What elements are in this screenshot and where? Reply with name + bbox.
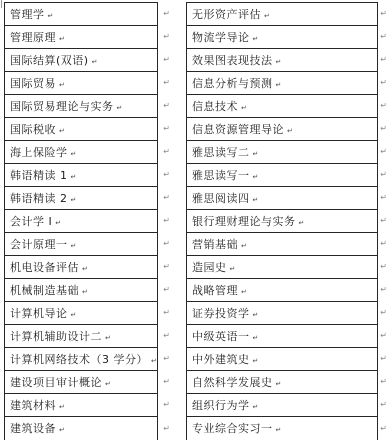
course-cell[interactable]: 信息分析与预测↵: [187, 78, 282, 89]
table-row: 效果图表现技法↵ ↵: [187, 49, 377, 72]
course-name: 雅思读写二: [192, 146, 250, 159]
row-end-mark-icon: ↵: [380, 210, 387, 232]
course-cell[interactable]: 银行理财理论与实务↵: [187, 216, 305, 227]
course-cell[interactable]: 营销基础↵: [187, 239, 247, 250]
course-name: 海上保险学: [10, 146, 68, 159]
table-row: 国际税收↵ ↵: [5, 118, 157, 141]
course-cell[interactable]: 会计原理一↵: [5, 239, 77, 250]
table-row: 机电设备评估↵ ↵: [5, 256, 157, 279]
cell-end-paragraph-mark-icon: ↵: [264, 12, 270, 20]
course-cell[interactable]: 国际贸易↵: [5, 78, 65, 89]
cell-end-paragraph-mark-icon: ↵: [253, 403, 259, 411]
table-row: 国际结算(双语)↵ ↵: [5, 49, 157, 72]
course-cell[interactable]: 造园史↵: [187, 262, 236, 273]
course-name: 国际结算(双语): [10, 54, 89, 67]
course-name: 效果图表现技法: [192, 54, 273, 67]
course-name: 计算机导论: [10, 307, 68, 320]
course-cell[interactable]: 国际贸易理论与实务↵: [5, 101, 123, 112]
row-end-mark-icon: ↵: [380, 233, 387, 255]
table-row: 建筑设备↵ ↵: [5, 417, 157, 440]
course-cell[interactable]: 韩语精读 1↵: [5, 170, 77, 181]
course-cell[interactable]: 会计学 I↵: [5, 216, 62, 227]
course-cell[interactable]: 计算机辅助设计二↵: [5, 331, 111, 342]
course-name: 组织行为学: [192, 399, 250, 412]
course-name: 雅思阅读四: [192, 192, 250, 205]
table-row: 管理学↵ ↵: [5, 3, 157, 26]
cell-end-paragraph-mark-icon: ↵: [230, 265, 236, 273]
row-end-mark-icon: ↵: [380, 279, 387, 301]
row-end-mark-icon: ↵: [380, 256, 387, 278]
course-name: 自然科学发展史: [192, 376, 273, 389]
cell-end-paragraph-mark-icon: ↵: [241, 288, 247, 296]
cell-end-paragraph-mark-icon: ↵: [241, 242, 247, 250]
row-end-mark-icon: ↵: [380, 3, 387, 25]
table-row: 会计原理一↵ ↵: [5, 233, 157, 256]
row-end-mark-icon: ↵: [380, 187, 387, 209]
table-row: 专业综合实习一↵ ↵: [187, 417, 377, 440]
course-name: 建筑设备: [10, 422, 56, 435]
course-cell[interactable]: 雅思读写一↵: [187, 170, 259, 181]
course-cell[interactable]: 韩语精读 2↵: [5, 193, 77, 204]
table-row: 无形资产评估↵ ↵: [187, 3, 377, 26]
cell-end-paragraph-mark-icon: ↵: [253, 173, 259, 181]
row-end-mark-icon: ↵: [163, 348, 170, 370]
row-end-mark-icon: ↵: [163, 141, 170, 163]
course-cell[interactable]: 管理学↵: [5, 9, 54, 20]
course-cell[interactable]: 中级英语一↵: [187, 331, 259, 342]
course-name: 无形资产评估: [192, 8, 261, 21]
table-row: 雅思读写一↵ ↵: [187, 164, 377, 187]
row-end-mark-icon: ↵: [163, 233, 170, 255]
row-end-mark-icon: ↵: [163, 164, 170, 186]
row-end-mark-icon: ↵: [380, 394, 387, 416]
course-cell[interactable]: 证券投资学↵: [187, 308, 259, 319]
table-row: 雅思阅读四↵ ↵: [187, 187, 377, 210]
table-row: 建筑材料↵ ↵: [5, 394, 157, 417]
course-name: 国际贸易理论与实务: [10, 100, 114, 113]
row-end-mark-icon: ↵: [163, 417, 170, 440]
course-cell[interactable]: 组织行为学↵: [187, 400, 259, 411]
row-end-mark-icon: ↵: [163, 210, 170, 232]
table-row: 组织行为学↵ ↵: [187, 394, 377, 417]
cell-end-paragraph-mark-icon: ↵: [82, 288, 88, 296]
cell-end-paragraph-mark-icon: ↵: [151, 357, 157, 365]
course-cell[interactable]: 雅思读写二↵: [187, 147, 259, 158]
cell-end-paragraph-mark-icon: ↵: [71, 311, 77, 319]
cell-end-paragraph-mark-icon: ↵: [117, 104, 123, 112]
course-name: 会计学 I: [10, 215, 52, 228]
table-row: 信息资源管理导论↵ ↵: [187, 118, 377, 141]
row-end-mark-icon: ↵: [163, 3, 170, 25]
cell-end-paragraph-mark-icon: ↵: [276, 81, 282, 89]
cell-end-paragraph-mark-icon: ↵: [276, 58, 282, 66]
table-row: 中外建筑史↵ ↵: [187, 348, 377, 371]
cell-end-paragraph-mark-icon: ↵: [82, 265, 88, 273]
course-cell[interactable]: 机电设备评估↵: [5, 262, 88, 273]
course-name: 会计原理一: [10, 238, 68, 251]
course-cell[interactable]: 物流学导论↵: [187, 32, 259, 43]
cell-end-paragraph-mark-icon: ↵: [253, 150, 259, 158]
course-cell[interactable]: 国际结算(双语)↵: [5, 55, 98, 66]
course-name: 国际贸易: [10, 77, 56, 90]
table-row: 造园史↵ ↵: [187, 256, 377, 279]
row-end-mark-icon: ↵: [163, 394, 170, 416]
row-end-mark-icon: ↵: [380, 72, 387, 94]
course-cell[interactable]: 计算机导论↵: [5, 308, 77, 319]
table-row: 中级英语一↵ ↵: [187, 325, 377, 348]
table-row: 信息技术↵ ↵: [187, 95, 377, 118]
course-name: 管理学: [10, 8, 45, 21]
row-end-mark-icon: ↵: [163, 72, 170, 94]
table-row: 会计学 I↵ ↵: [5, 210, 157, 233]
course-cell[interactable]: 信息技术↵: [187, 101, 247, 112]
course-name: 战略管理: [192, 284, 238, 297]
course-name: 建设项目审计概论: [10, 376, 102, 389]
cell-end-paragraph-mark-icon: ↵: [48, 12, 54, 20]
table-row: 计算机网络技术（3 学分）↵ ↵: [5, 348, 157, 371]
cell-end-paragraph-mark-icon: ↵: [253, 357, 259, 365]
course-cell[interactable]: 自然科学发展史↵: [187, 377, 282, 388]
cell-end-paragraph-mark-icon: ↵: [71, 242, 77, 250]
course-name: 信息技术: [192, 100, 238, 113]
row-end-mark-icon: ↵: [380, 371, 387, 393]
course-name: 国际税收: [10, 123, 56, 136]
row-end-mark-icon: ↵: [380, 348, 387, 370]
cell-end-paragraph-mark-icon: ↵: [241, 104, 247, 112]
table-row: 银行理财理论与实务↵ ↵: [187, 210, 377, 233]
course-name: 信息分析与预测: [192, 77, 273, 90]
course-cell[interactable]: 中外建筑史↵: [187, 354, 259, 365]
course-name: 计算机网络技术（3 学分）: [10, 353, 148, 366]
cell-end-paragraph-mark-icon: ↵: [59, 35, 65, 43]
document-canvas: 管理学↵ ↵ 管理原理↵ ↵ 国际结算(双语)↵ ↵ 国际贸易↵: [0, 0, 388, 440]
table-row: 营销基础↵ ↵: [187, 233, 377, 256]
row-end-mark-icon: ↵: [163, 187, 170, 209]
cell-end-paragraph-mark-icon: ↵: [71, 196, 77, 204]
table-row: 计算机辅助设计二↵ ↵: [5, 325, 157, 348]
table-row: 国际贸易理论与实务↵ ↵: [5, 95, 157, 118]
cell-end-paragraph-mark-icon: ↵: [253, 35, 259, 43]
course-cell[interactable]: 机械制造基础↵: [5, 285, 88, 296]
row-end-mark-icon: ↵: [380, 95, 387, 117]
table-row: 战略管理↵ ↵: [187, 279, 377, 302]
course-name: 管理原理: [10, 31, 56, 44]
cell-end-paragraph-mark-icon: ↵: [55, 219, 61, 227]
row-end-mark-icon: ↵: [380, 302, 387, 324]
cell-end-paragraph-mark-icon: ↵: [59, 127, 65, 135]
cell-end-paragraph-mark-icon: ↵: [59, 426, 65, 434]
course-name: 专业综合实习一: [192, 422, 273, 435]
course-name: 雅思读写一: [192, 169, 250, 182]
course-cell[interactable]: 雅思阅读四↵: [187, 193, 259, 204]
row-end-mark-icon: ↵: [163, 95, 170, 117]
course-name: 韩语精读 2: [10, 192, 68, 205]
course-cell[interactable]: 计算机网络技术（3 学分）↵: [5, 354, 157, 365]
cell-end-paragraph-mark-icon: ↵: [276, 426, 282, 434]
row-end-mark-icon: ↵: [380, 325, 387, 347]
course-cell[interactable]: 建筑材料↵: [5, 400, 65, 411]
table-row: 建设项目审计概论↵ ↵: [5, 371, 157, 394]
course-name: 证券投资学: [192, 307, 250, 320]
course-name: 造园史: [192, 261, 227, 274]
row-end-mark-icon: ↵: [163, 49, 170, 71]
course-name: 建筑材料: [10, 399, 56, 412]
course-name: 中级英语一: [192, 330, 250, 343]
row-end-mark-icon: ↵: [380, 26, 387, 48]
course-cell[interactable]: 信息资源管理导论↵: [187, 124, 293, 135]
course-name: 营销基础: [192, 238, 238, 251]
row-end-mark-icon: ↵: [380, 118, 387, 140]
course-cell[interactable]: 效果图表现技法↵: [187, 55, 282, 66]
table-row: 海上保险学↵ ↵: [5, 141, 157, 164]
cell-end-paragraph-mark-icon: ↵: [276, 380, 282, 388]
table-row: 国际贸易↵ ↵: [5, 72, 157, 95]
row-end-mark-icon: ↵: [380, 49, 387, 71]
course-cell[interactable]: 国际税收↵: [5, 124, 65, 135]
course-cell[interactable]: 专业综合实习一↵: [187, 423, 282, 434]
course-name: 信息资源管理导论: [192, 123, 284, 136]
course-cell[interactable]: 管理原理↵: [5, 32, 65, 43]
course-name: 计算机辅助设计二: [10, 330, 102, 343]
course-name: 中外建筑史: [192, 353, 250, 366]
table-row: 韩语精读 1↵ ↵: [5, 164, 157, 187]
course-cell[interactable]: 战略管理↵: [187, 285, 247, 296]
table-row: 物流学导论↵ ↵: [187, 26, 377, 49]
row-end-mark-icon: ↵: [163, 26, 170, 48]
row-end-mark-icon: ↵: [163, 279, 170, 301]
table-row: 韩语精读 2↵ ↵: [5, 187, 157, 210]
row-end-mark-icon: ↵: [163, 118, 170, 140]
course-name: 银行理财理论与实务: [192, 215, 296, 228]
course-cell[interactable]: 建筑设备↵: [5, 423, 65, 434]
cell-end-paragraph-mark-icon: ↵: [105, 380, 111, 388]
cell-end-paragraph-mark-icon: ↵: [287, 127, 293, 135]
row-end-mark-icon: ↵: [163, 302, 170, 324]
crop-border-fragment: [1, 0, 2, 8]
table-row: 机械制造基础↵ ↵: [5, 279, 157, 302]
row-end-mark-icon: ↵: [163, 325, 170, 347]
course-name: 机械制造基础: [10, 284, 79, 297]
table-row: 管理原理↵ ↵: [5, 26, 157, 49]
course-cell[interactable]: 建设项目审计概论↵: [5, 377, 111, 388]
course-cell[interactable]: 海上保险学↵: [5, 147, 77, 158]
cell-end-paragraph-mark-icon: ↵: [71, 173, 77, 181]
cell-end-paragraph-mark-icon: ↵: [253, 334, 259, 342]
course-name: 物流学导论: [192, 31, 250, 44]
left-course-table: 管理学↵ ↵ 管理原理↵ ↵ 国际结算(双语)↵ ↵ 国际贸易↵: [4, 2, 158, 440]
row-end-mark-icon: ↵: [380, 417, 387, 440]
row-end-mark-icon: ↵: [163, 371, 170, 393]
cell-end-paragraph-mark-icon: ↵: [253, 311, 259, 319]
row-end-mark-icon: ↵: [380, 141, 387, 163]
table-row: 计算机导论↵ ↵: [5, 302, 157, 325]
cell-end-paragraph-mark-icon: ↵: [59, 403, 65, 411]
cell-end-paragraph-mark-icon: ↵: [299, 219, 305, 227]
right-course-table: 无形资产评估↵ ↵ 物流学导论↵ ↵ 效果图表现技法↵ ↵ 信息分析与: [186, 2, 378, 440]
table-row: 证券投资学↵ ↵: [187, 302, 377, 325]
cell-end-paragraph-mark-icon: ↵: [105, 334, 111, 342]
cell-end-paragraph-mark-icon: ↵: [71, 150, 77, 158]
cell-end-paragraph-mark-icon: ↵: [59, 81, 65, 89]
cell-end-paragraph-mark-icon: ↵: [253, 196, 259, 204]
table-row: 信息分析与预测↵ ↵: [187, 72, 377, 95]
table-row: 自然科学发展史↵ ↵: [187, 371, 377, 394]
cell-end-paragraph-mark-icon: ↵: [92, 58, 98, 66]
course-cell[interactable]: 无形资产评估↵: [187, 9, 270, 20]
row-end-mark-icon: ↵: [380, 164, 387, 186]
course-name: 机电设备评估: [10, 261, 79, 274]
table-row: 雅思读写二↵ ↵: [187, 141, 377, 164]
course-name: 韩语精读 1: [10, 169, 68, 182]
row-end-mark-icon: ↵: [163, 256, 170, 278]
